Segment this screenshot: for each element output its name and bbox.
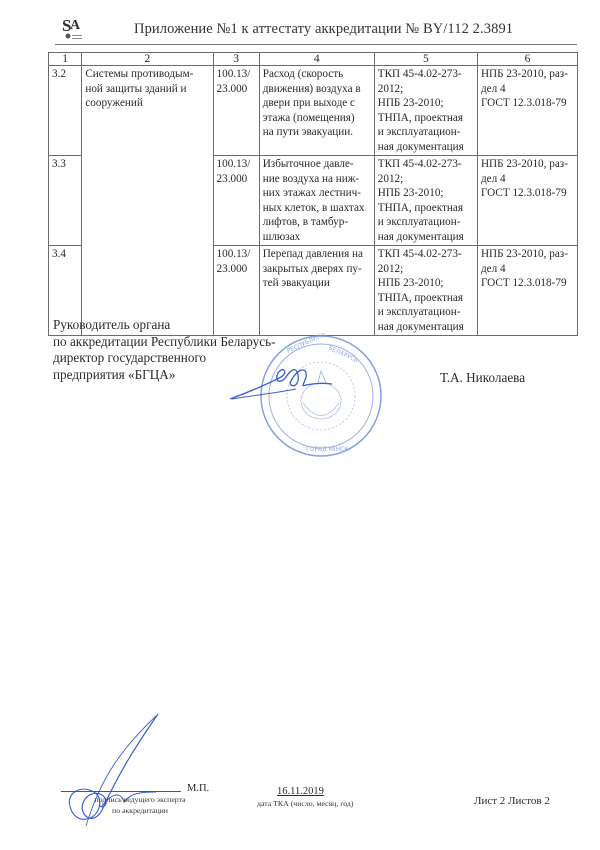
requirements-doc-cell: ТКП 45-4.02-273- 2012; НПБ 23-2010; ТНПА… xyxy=(374,66,477,156)
column-number: 1 xyxy=(49,53,82,66)
signatory-name: Т.А. Николаева xyxy=(440,370,525,386)
code-cell: 100.13/ 23.000 xyxy=(213,156,259,246)
seal-place-label: М.П. xyxy=(187,783,209,794)
column-number: 2 xyxy=(82,53,213,66)
table-row: 3.2 Системы противодым- ной защиты здани… xyxy=(49,66,578,156)
caption-line: по аккредитации xyxy=(90,806,190,817)
expert-signature-line xyxy=(61,791,181,792)
column-number: 6 xyxy=(477,53,577,66)
requirements-doc-cell: ТКП 45-4.02-273- 2012; НПБ 23-2010; ТНПА… xyxy=(374,246,477,336)
column-number: 4 xyxy=(259,53,374,66)
sa-logo-icon: S A xyxy=(62,14,84,42)
caption-line: подпись ведущего эксперта xyxy=(90,795,190,806)
sheet-counter: Лист 2 Листов 2 xyxy=(474,795,550,807)
director-signature-icon xyxy=(226,355,336,405)
tka-date-caption: дата ТКА (число, месяц, год) xyxy=(257,799,353,808)
test-method-cell: НПБ 23-2010, раз- дел 4 ГОСТ 12.3.018-79 xyxy=(477,246,577,336)
tka-date: 16.11.2019 xyxy=(277,786,324,797)
expert-signature-caption: подпись ведущего эксперта по аккредитаци… xyxy=(90,795,190,816)
document-title: Приложение №1 к аттестату аккредитации №… xyxy=(134,21,513,38)
header-divider xyxy=(55,44,577,45)
row-number: 3.3 xyxy=(49,156,82,246)
code-cell: 100.13/ 23.000 xyxy=(213,66,259,156)
requirements-doc-cell: ТКП 45-4.02-273- 2012; НПБ 23-2010; ТНПА… xyxy=(374,156,477,246)
object-group: Системы противодым- ной защиты зданий и … xyxy=(82,66,213,336)
column-number-row: 1 2 3 4 5 6 xyxy=(49,53,578,66)
test-method-cell: НПБ 23-2010, раз- дел 4 ГОСТ 12.3.018-79 xyxy=(477,156,577,246)
accreditation-scope-table: 1 2 3 4 5 6 3.2 Системы противодым- ной … xyxy=(48,52,578,336)
characteristic-cell: Избыточное давле- ние воздуха на ниж- ни… xyxy=(259,156,374,246)
position-line: Руководитель органа xyxy=(53,317,276,334)
position-line: по аккредитации Республики Беларусь- xyxy=(53,334,276,351)
svg-text:A: A xyxy=(70,18,81,33)
characteristic-cell: Перепад давления на закрытых дверях пу- … xyxy=(259,246,374,336)
column-number: 5 xyxy=(374,53,477,66)
row-number: 3.2 xyxy=(49,66,82,156)
svg-text:ГОРАД МІНСК: ГОРАД МІНСК xyxy=(306,446,349,453)
test-method-cell: НПБ 23-2010, раз- дел 4 ГОСТ 12.3.018-79 xyxy=(477,66,577,156)
column-number: 3 xyxy=(213,53,259,66)
characteristic-cell: Расход (скорость движения) воздуха в две… xyxy=(259,66,374,156)
